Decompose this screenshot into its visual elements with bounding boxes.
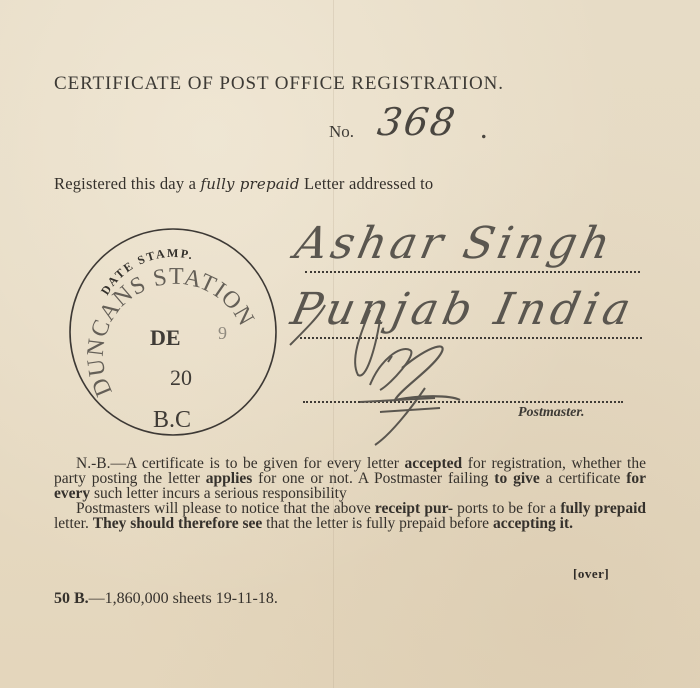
pm-text: letter.	[54, 515, 89, 532]
registration-certificate: CERTIFICATE OF POST OFFICE REGISTRATION.…	[0, 0, 700, 688]
certificate-number-handwritten: 368	[375, 100, 460, 144]
registered-text-before: Registered this day a	[54, 174, 196, 193]
certificate-number-label: No.	[329, 122, 354, 142]
imprint-form-code: 50 B.	[54, 590, 89, 607]
pm-bold-text: fully prepaid	[560, 500, 646, 517]
postmasters-paragraph: Postmasters will please to notice that t…	[54, 501, 646, 531]
printer-imprint: 50 B.—1,860,000 sheets 19-11-18.	[54, 590, 278, 608]
pm-bold-text: They should therefore see	[93, 515, 263, 532]
postmaster-label: Postmaster.	[518, 405, 585, 421]
registered-text-after: Letter addressed to	[304, 174, 433, 193]
notice-block: N.-B.—A certificate is to be given for e…	[54, 456, 646, 531]
nb-text: a certificate	[546, 470, 621, 487]
nb-paragraph: N.-B.—A certificate is to be given for e…	[54, 456, 646, 501]
certificate-title: CERTIFICATE OF POST OFFICE REGISTRATION.	[54, 73, 504, 95]
address-line-1-dots	[305, 271, 640, 273]
handwriting-descender-icon	[280, 290, 400, 390]
date-stamp-circle-icon: DATE STAMP. DUNCANS STATION DE 9 20 B.C	[68, 227, 278, 437]
stamp-year: 20	[170, 365, 192, 390]
over-label: [over]	[573, 566, 609, 582]
certificate-number-dot: .	[480, 112, 488, 146]
pm-bold-text: accepting it.	[493, 515, 573, 532]
pm-text: that the letter is fully prepaid before	[266, 515, 489, 532]
registered-text-italic: fully prepaid	[200, 175, 299, 193]
address-line-1-handwritten: Ashar Singh	[291, 218, 619, 269]
imprint-text: —1,860,000 sheets 19-11-18.	[89, 590, 278, 607]
nb-bold-text: to give	[494, 470, 539, 487]
registered-statement: Registered this day a fully prepaid Lett…	[54, 174, 433, 194]
stamp-day: 9	[218, 323, 227, 343]
stamp-province: B.C	[153, 407, 191, 433]
stamp-month: DE	[150, 325, 181, 350]
